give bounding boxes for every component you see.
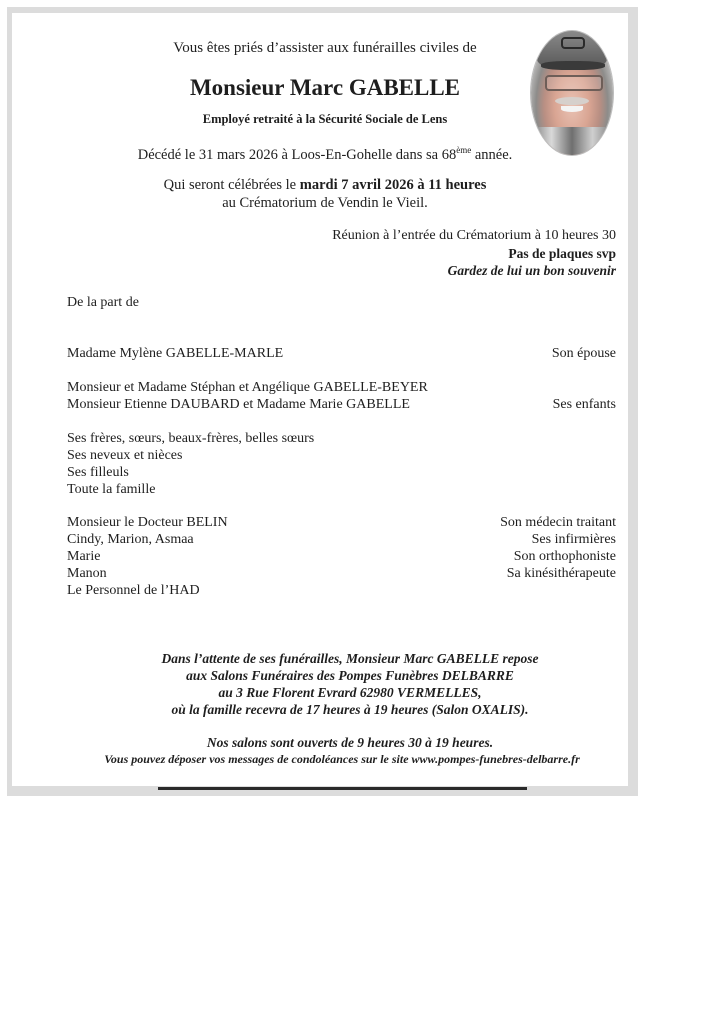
caregiver-row: Cindy, Marion, AsmaaSes infirmières: [67, 532, 616, 549]
repose-line: au 3 Rue Florent Evrard 62980 VERMELLES,: [0, 685, 700, 701]
ceremony-prefix: Qui seront célébrées le: [164, 177, 300, 193]
family-name: Ses filleuls: [67, 465, 129, 481]
intro-line: Vous êtes priés d’assister aux funéraill…: [0, 40, 650, 57]
caregiver-name: Le Personnel de l’HAD: [67, 583, 200, 599]
salon-hours: Nos salons sont ouverts de 9 heures 30 à…: [0, 735, 700, 751]
repose-line: aux Salons Funéraires des Pompes Funèbre…: [0, 668, 700, 684]
family-name: Monsieur Etienne DAUBARD et Madame Marie…: [67, 397, 410, 413]
caregiver-role: Sa kinésithérapeute: [507, 566, 616, 582]
caregiver-row: Le Personnel de l’HAD: [67, 583, 616, 600]
repose-line: Dans l’attente de ses funérailles, Monsi…: [0, 651, 700, 667]
occupation: Employé retraité à la Sécurité Sociale d…: [0, 112, 650, 127]
caregiver-role: Son médecin traitant: [500, 515, 616, 531]
family-relation: Ses enfants: [553, 397, 616, 413]
ceremony-date-line: Qui seront célébrées le mardi 7 avril 20…: [0, 177, 650, 194]
family-name: Monsieur et Madame Stéphan et Angélique …: [67, 380, 428, 396]
bottom-divider: [158, 787, 527, 790]
death-ordinal: ème: [456, 145, 471, 155]
family-row: Toute la famille: [67, 482, 616, 499]
family-row: Ses frères, sœurs, beaux-frères, belles …: [67, 431, 616, 448]
family-row: Monsieur et Madame Stéphan et Angélique …: [67, 380, 616, 397]
family-name: Ses neveux et nièces: [67, 448, 182, 464]
caregiver-row: Monsieur le Docteur BELINSon médecin tra…: [67, 515, 616, 532]
no-plaques-note: Pas de plaques svp: [508, 246, 616, 262]
ceremony-location: au Crématorium de Vendin le Vieil.: [0, 195, 650, 212]
repose-line: où la famille recevra de 17 heures à 19 …: [0, 702, 700, 718]
family-relation: Son épouse: [552, 346, 616, 362]
caregiver-row: ManonSa kinésithérapeute: [67, 566, 616, 583]
death-notice: Décédé le 31 mars 2026 à Loos-En-Gohelle…: [0, 145, 650, 164]
family-name: Toute la famille: [67, 482, 155, 498]
family-row: Madame Mylène GABELLE-MARLESon épouse: [67, 346, 616, 363]
death-suffix: année.: [471, 147, 512, 163]
photo-visor: [541, 61, 605, 70]
caregiver-name: Marie: [67, 549, 100, 565]
caregiver-row: MarieSon orthophoniste: [67, 549, 616, 566]
remember-note: Gardez de lui un bon souvenir: [448, 263, 616, 279]
deceased-name: Monsieur Marc GABELLE: [0, 75, 650, 101]
meeting-note: Réunion à l’entrée du Crématorium à 10 h…: [332, 228, 616, 244]
family-row: Ses neveux et nièces: [67, 448, 616, 465]
family-row: Ses filleuls: [67, 465, 616, 482]
caregiver-name: Manon: [67, 566, 107, 582]
from-label: De la part de: [67, 295, 139, 311]
death-prefix: Décédé le 31 mars 2026 à Loos-En-Gohelle…: [138, 147, 457, 163]
condolences-link-line[interactable]: Vous pouvez déposer vos messages de cond…: [0, 752, 684, 767]
ceremony-datetime: mardi 7 avril 2026 à 11 heures: [300, 177, 487, 193]
family-name: Madame Mylène GABELLE-MARLE: [67, 346, 283, 362]
caregiver-role: Ses infirmières: [532, 532, 616, 548]
family-name: Ses frères, sœurs, beaux-frères, belles …: [67, 431, 314, 447]
caregiver-name: Cindy, Marion, Asmaa: [67, 532, 194, 548]
family-row: Monsieur Etienne DAUBARD et Madame Marie…: [67, 397, 616, 414]
caregiver-role: Son orthophoniste: [514, 549, 616, 565]
caregiver-name: Monsieur le Docteur BELIN: [67, 515, 228, 531]
